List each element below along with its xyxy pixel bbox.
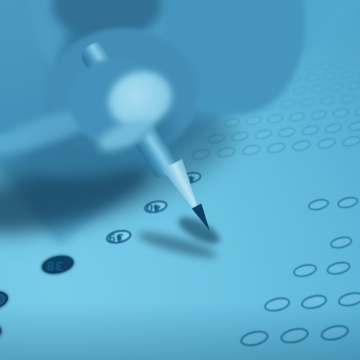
distant-bubble <box>311 84 325 94</box>
side-column-bubble <box>336 195 359 210</box>
photo-hand-filling-answer-sheet: EDCBA36EDCBA37EDCBA38EDCBA39EDCBA40EDCBA… <box>0 0 360 360</box>
answer-row-40: EDCBA40 <box>144 200 145 214</box>
distant-bubble <box>289 111 306 122</box>
distant-bubble <box>332 107 349 118</box>
side-column-row <box>263 290 360 313</box>
side-column-row <box>292 260 350 278</box>
distant-bubble <box>342 134 360 147</box>
distant-bubble <box>277 126 295 138</box>
side-column-bubble <box>263 295 292 314</box>
distant-bubble <box>266 141 286 154</box>
side-column-bubble <box>325 259 351 276</box>
distant-bubble <box>324 122 342 134</box>
distant-bubble <box>351 59 360 67</box>
side-column-bubble <box>337 290 360 309</box>
distant-bubble <box>310 109 327 120</box>
distant-bubble <box>335 60 347 68</box>
side-column-bubble <box>329 234 353 250</box>
side-column-row <box>239 320 360 348</box>
distant-bubble <box>340 70 353 79</box>
distant-bubble <box>347 81 360 91</box>
row-number-39: 39 <box>108 231 124 242</box>
distant-bubble <box>348 120 360 132</box>
distant-bubble <box>340 93 356 103</box>
distant-bubble <box>292 85 306 95</box>
answer-row-38: EDCBA38 <box>44 257 45 274</box>
side-column-row <box>330 233 360 250</box>
side-column-row <box>308 195 359 211</box>
distant-bubble <box>317 137 337 150</box>
distant-bubble <box>329 82 343 92</box>
distant-bubble <box>300 97 316 107</box>
side-column-bubble <box>279 325 310 346</box>
distant-bubble <box>306 73 319 82</box>
side-column-bubble <box>319 322 350 343</box>
distant-bubble <box>279 99 295 109</box>
distant-bubble <box>245 115 262 126</box>
distant-bubble <box>241 143 261 156</box>
distant-bubble <box>292 139 312 152</box>
distant-bubble <box>301 124 319 136</box>
side-column-bubble <box>292 262 318 279</box>
row-number-38: 38 <box>46 258 64 270</box>
bubble-36-B: B <box>0 320 3 347</box>
distant-bubble <box>319 62 331 70</box>
answer-row-39: EDCBA39 <box>106 229 107 244</box>
distant-bubble <box>267 113 284 124</box>
distant-bubble <box>254 128 272 140</box>
distant-bubble <box>320 95 336 105</box>
distant-bubble <box>303 63 315 71</box>
row-number-40: 40 <box>145 201 160 211</box>
side-column-bubble <box>307 197 330 212</box>
side-column-bubble <box>239 328 270 349</box>
distant-bubble <box>354 105 360 116</box>
distant-bubble <box>323 71 336 80</box>
side-column-bubble <box>300 292 329 311</box>
